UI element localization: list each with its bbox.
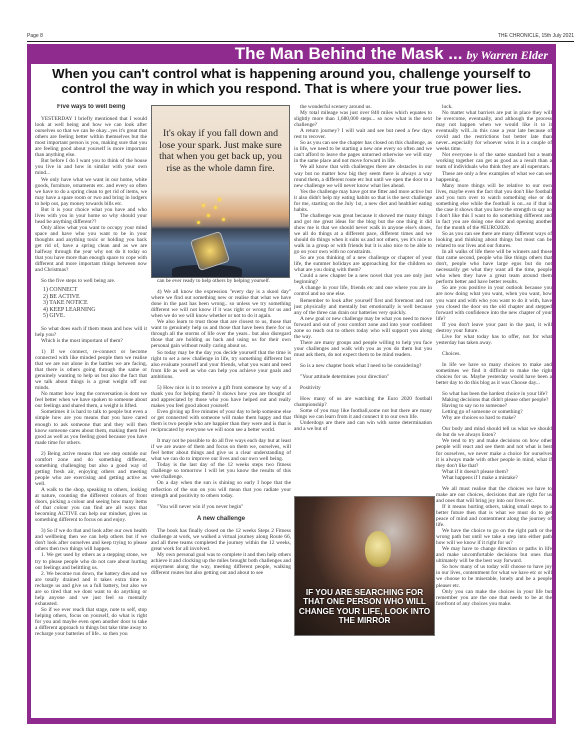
list-item: 5) GIVE. <box>43 313 147 320</box>
paragraph: Today is the last day of the 12 weeks st… <box>151 462 291 480</box>
paragraph: The challenge was great because it showe… <box>294 213 432 255</box>
paragraph: Only you can make the choices in your li… <box>436 589 552 607</box>
paragraph: If you don't leave your past in the past… <box>436 322 552 334</box>
fireflies-jar-image: It's okay if you fall down and lose your… <box>151 105 290 278</box>
section-heading-new-challenge: A new challenge <box>151 516 291 522</box>
paragraph: A new goal or new challenge may be what … <box>294 316 432 340</box>
paragraph: 2) Being active means that we step outsi… <box>35 451 147 487</box>
steps-list: 1) CONNECT 2) BE ACTIVE 3) TAKE NOTICE 4… <box>43 287 147 320</box>
pull-quote: "You will never win if you never begin" <box>151 504 291 510</box>
paragraph: Could a new chapter be a new novel that … <box>294 273 432 285</box>
column-1: Five ways to well being YESTERDAY I brie… <box>35 104 147 716</box>
paragraph: So if we ever reach that stage, note to … <box>35 607 147 637</box>
paragraph: It may not be possible to do all five wa… <box>151 438 291 462</box>
paragraph: We all must realise that the choices we … <box>436 486 552 504</box>
paragraph: A walk to the shop, speaking to others, … <box>35 487 147 523</box>
paragraph: Not everyone is of the same standard but… <box>436 152 552 170</box>
publication-dateline: THE CHRONICLE, 15th July 2021 <box>498 33 574 39</box>
paragraph: Live for what today has to offer, not fo… <box>436 334 552 346</box>
paragraph: Remember to look after yourself first an… <box>294 298 432 316</box>
paragraph: 4) We all know the expression "every day… <box>151 289 291 319</box>
column-4: luck. No matter what barriers are put in… <box>436 104 552 676</box>
paragraph: My total mileage was just over 840 miles… <box>294 110 432 128</box>
paragraph: No matter how long the conversation is d… <box>35 391 147 409</box>
page-header: Page 8 THE CHRONICLE, 15th July 2021 <box>27 31 574 42</box>
paragraph: There are many groups and people willing… <box>294 340 432 358</box>
paragraph: Our body and mind should tell us what we… <box>436 426 552 438</box>
paragraph: The book has finally closed on the 12 we… <box>151 528 291 552</box>
paragraph: can be ever ready to help others by help… <box>151 278 291 284</box>
paragraph: We tend to try and make decisions on how… <box>436 438 552 468</box>
article-title: The Man Behind the Mask ... <box>235 44 463 63</box>
article-headline: When you can't control what is happening… <box>31 66 552 96</box>
paragraph: We all know that with challenges there a… <box>294 164 432 188</box>
paragraph: So how many of us today will choose to h… <box>436 564 552 588</box>
paragraph: What happens if I make a mistake? <box>436 475 552 481</box>
spark-dot <box>218 198 221 201</box>
paragraph: 3) So if we do that and look after our o… <box>35 528 147 552</box>
joker-mask-image: IF YOU ARE SEARCHING FOR THAT ONE PERSON… <box>294 496 435 636</box>
paragraph: So as you can see there are many differe… <box>436 231 552 249</box>
article-body: When you can't control what is happening… <box>31 64 552 718</box>
paragraph: Yes the challenge may have got me fitter… <box>294 189 432 213</box>
article-banner: The Man Behind the Mask ... by Warren El… <box>27 44 556 64</box>
paragraph: So are you thinking of a new challenge o… <box>294 255 432 273</box>
paragraph: So what does each if them mean and how w… <box>35 326 147 338</box>
spark-dot <box>207 214 210 217</box>
paragraph: If it means hurting others, taking small… <box>436 504 552 528</box>
paragraph: We have the choice to go on the right pa… <box>436 528 552 546</box>
paragraph: Only allow what you want to occupy your … <box>35 225 147 273</box>
paragraph: On a day when the sun is shining so earl… <box>151 480 291 498</box>
paragraph: So are you positive in your outlook beca… <box>436 285 552 321</box>
paragraph: 2. We become run down, the battery dies … <box>35 571 147 607</box>
spark-dot <box>197 221 200 224</box>
paragraph-label: Positivity <box>294 385 432 391</box>
spark-dot <box>222 218 225 221</box>
paragraph: We only have what we want in our home, w… <box>35 177 147 207</box>
paragraph: My own personal goal was to complete it … <box>151 552 291 576</box>
paragraph: Some of you may like football,some not b… <box>294 408 432 420</box>
spark-dot <box>214 206 217 209</box>
paragraph: We also learn to trust those that are cl… <box>151 319 291 349</box>
paragraph: Which is the most important of them? <box>35 338 147 344</box>
paragraph: 1. We get used by others as a stepping s… <box>35 552 147 570</box>
paragraph: So as you can see the chapter has closed… <box>294 140 432 164</box>
paragraph: A change in your life, friends etc and o… <box>294 285 432 297</box>
paragraph: Many more things will be relative to our… <box>436 183 552 231</box>
image-quote: It's okay if you fall down and lose your… <box>158 128 283 174</box>
image-caption: IF YOU ARE SEARCHING FOR THAT ONE PERSON… <box>295 588 434 625</box>
paragraph: Underdogs are there and can win with som… <box>294 420 432 432</box>
column-3: the wonderful scenery around us. My tota… <box>294 104 432 492</box>
article-byline: by Warren Elder <box>466 48 548 62</box>
paragraph: YESTERDAY I briefly mentioned that I wou… <box>35 116 147 158</box>
paragraph: Why are choices so hard to make? <box>436 415 552 421</box>
paragraph: In all walks of life there will be winne… <box>436 249 552 285</box>
paragraph: 5) How nice is it to receive a gift from… <box>151 385 291 409</box>
paragraph: Sometimes it is hard to talk to people b… <box>35 409 147 445</box>
article-frame: The Man Behind the Mask ... by Warren El… <box>27 44 556 724</box>
page-number: Page 8 <box>27 33 43 39</box>
paragraph: Even giving up five minutes of your day … <box>151 409 291 433</box>
paragraph: How many of us are watching the Euro 202… <box>294 396 432 408</box>
paragraph: But before I do I want you to think of t… <box>35 158 147 176</box>
paragraph: So is a new chapter book what I need to … <box>294 363 432 369</box>
column-2: can be ever ready to help others by help… <box>151 278 291 676</box>
paragraph: No matter what barriers are put in place… <box>436 110 552 152</box>
mask-shape <box>365 531 391 567</box>
paragraph: These are only a few examples of what we… <box>436 171 552 183</box>
section-heading-five-ways: Five ways to well being <box>35 104 147 110</box>
paragraph: A return journey? I will wait and see bu… <box>294 128 432 140</box>
paragraph: So the five steps to well being are. <box>35 278 147 284</box>
paragraph-label: Choices. <box>436 351 552 357</box>
paragraph: But it is your choice what you have and … <box>35 207 147 225</box>
paragraph: 1) If we connect, re-connect or become c… <box>35 349 147 391</box>
spark-dot <box>202 204 205 207</box>
pull-quote: "Your attitude determines your direction… <box>294 374 432 380</box>
paragraph: In life we have so many choices to make … <box>436 362 552 386</box>
paragraph: So today may be the day you decide yours… <box>151 350 291 380</box>
paragraph: We may have to change direction or paths… <box>436 546 552 564</box>
